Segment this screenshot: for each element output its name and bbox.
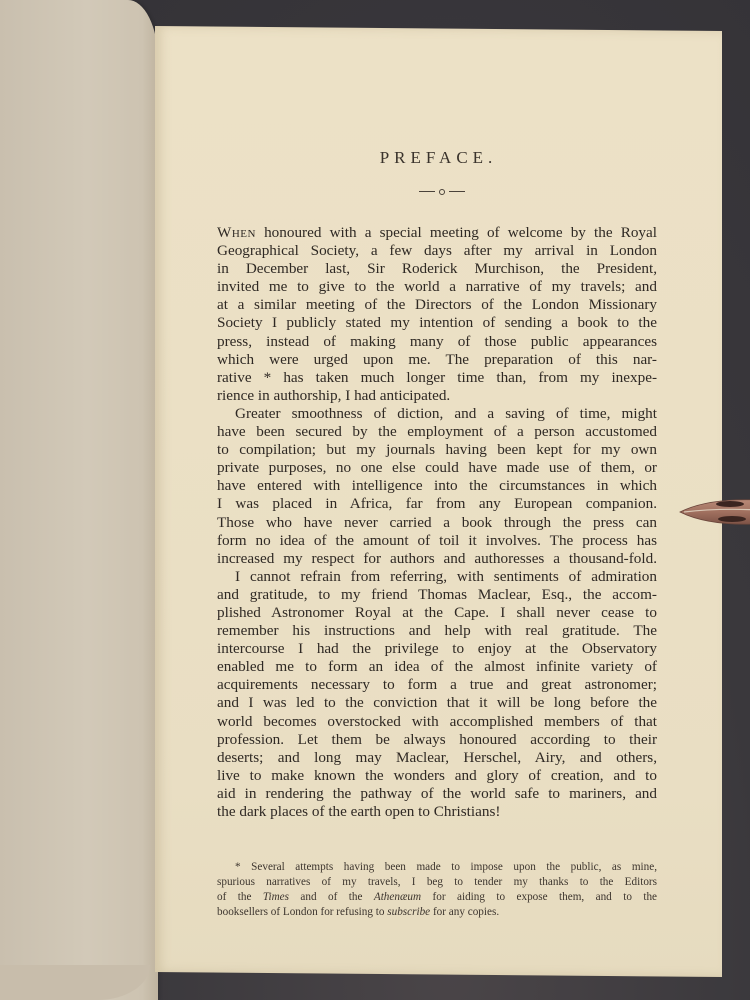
footnote-line: booksellers of London for refusing to su… <box>217 905 657 920</box>
text-line: plished Astronomer Royal at the Cape. I … <box>217 604 657 622</box>
text-line: have been secured by the employment of a… <box>217 423 657 441</box>
text-line: aid in rendering the pathway of the worl… <box>217 785 657 803</box>
preface-body: When honoured with a special meeting of … <box>217 224 657 821</box>
pen-nib-bookmark-icon <box>678 494 750 530</box>
paragraph-1: When honoured with a special meeting of … <box>217 224 657 405</box>
text-line: I cannot refrain from referring, with se… <box>217 568 657 586</box>
footnote: * Several attempts having been made to i… <box>217 860 657 920</box>
italic-subscribe: subscribe <box>387 906 430 918</box>
italic-times: Times <box>263 891 289 903</box>
text-line: Society I publicly stated my intention o… <box>217 314 657 332</box>
text-line: profession. Let them be always honoured … <box>217 731 657 749</box>
text-line: form no idea of the amount of toil it in… <box>217 532 657 550</box>
footnote-line: * Several attempts having been made to i… <box>217 860 657 875</box>
text-line: press, instead of making many of those p… <box>217 333 657 351</box>
text-line: intercourse I had the privilege to enjoy… <box>217 640 657 658</box>
text-line: to compilation; but my journals having b… <box>217 441 657 459</box>
footnote-line: of the Times and of the Athenæum for aid… <box>217 890 657 905</box>
page-content: PREFACE. When honoured with a special me… <box>155 26 722 972</box>
page-title: PREFACE. <box>155 148 722 168</box>
text-line: rience in authorship, I had anticipated. <box>217 387 657 405</box>
text-line: acquirements necessary to form a true an… <box>217 676 657 694</box>
paragraph-3: I cannot refrain from referring, with se… <box>217 568 657 821</box>
text-line: When honoured with a special meeting of … <box>217 224 657 242</box>
text-line: and gratitude, to my friend Thomas Macle… <box>217 586 657 604</box>
text-line: world becomes overstocked with accomplis… <box>217 713 657 731</box>
text-line: increased my respect for authors and aut… <box>217 550 657 568</box>
text-line: Greater smoothness of diction, and a sav… <box>217 405 657 423</box>
text-line: and I was led to the conviction that it … <box>217 694 657 712</box>
paragraph-2: Greater smoothness of diction, and a sav… <box>217 405 657 568</box>
text-line: at a similar meeting of the Directors of… <box>217 296 657 314</box>
drop-word: When <box>217 224 256 241</box>
left-page-edge <box>0 0 158 1000</box>
text-line: Geographical Society, a few days after m… <box>217 242 657 260</box>
text-line: Those who have never carried a book thro… <box>217 514 657 532</box>
italic-athenaeum: Athenæum <box>374 891 421 903</box>
text-line: have entered with intelligence into the … <box>217 477 657 495</box>
text-line: private purposes, no one else could have… <box>217 459 657 477</box>
text-line: live to make known the wonders and glory… <box>217 767 657 785</box>
text-line: invited me to give to the world a narrat… <box>217 278 657 296</box>
text-line: rative * has taken much longer time than… <box>217 369 657 387</box>
text-line: in December last, Sir Roderick Murchison… <box>217 260 657 278</box>
ornament-divider-icon <box>419 188 465 196</box>
text-line: I was placed in Africa, far from any Eur… <box>217 495 657 513</box>
text-line: deserts; and long may Maclear, Herschel,… <box>217 749 657 767</box>
footnote-line: spurious narratives of my travels, I beg… <box>217 875 657 890</box>
text-line: remember his instructions and help with … <box>217 622 657 640</box>
text-line: the dark places of the earth open to Chr… <box>217 803 657 821</box>
text-line: enabled me to form an idea of the almost… <box>217 658 657 676</box>
text-line: which were urged upon me. The preparatio… <box>217 351 657 369</box>
